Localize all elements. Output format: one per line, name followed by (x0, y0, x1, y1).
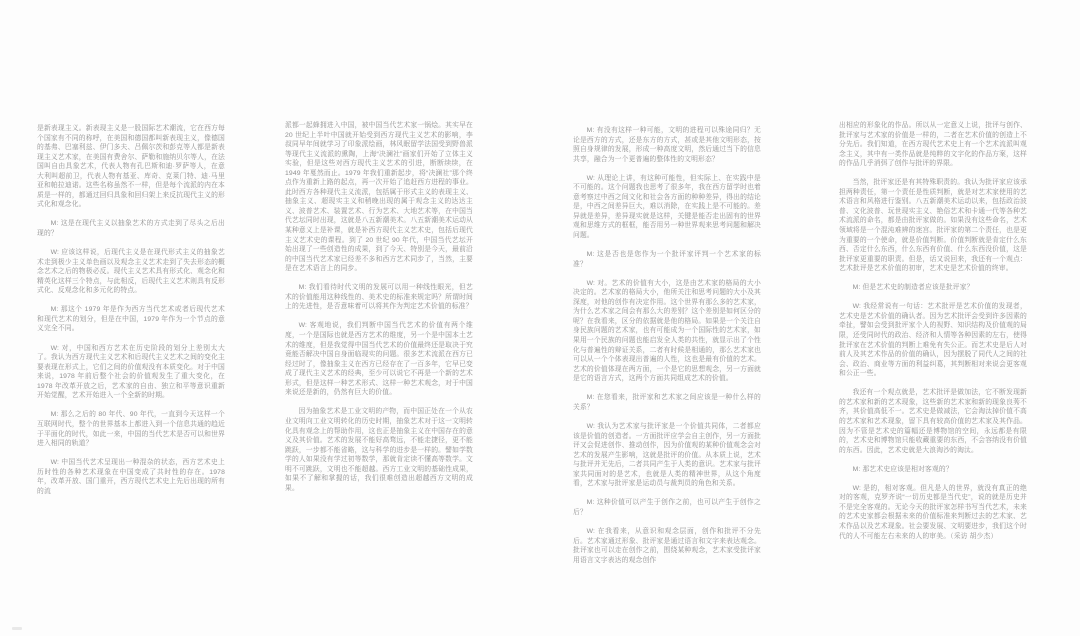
interviewee-answer: W: 在我看来，从意识和观念层面，创作和批评不分先后。艺术家通过形象、批评家是通… (573, 527, 761, 565)
interviewer-question: M: 在您看来，批评家和艺术家之间应该是一种什么样的关系？ (573, 393, 761, 412)
interviewee-answer: W: 从理论上讲，有这种可能性，但实际上、在实践中是不可能的。这个问题我也思考了… (573, 174, 761, 241)
text-column-3: M: 有没有这样一种可能，文明的进程可以殊途同归？无论是西方的方式，还是东方的方… (573, 126, 761, 565)
interviewer-question: M: 那么之后的 80 年代、90 年代，一直到今天这样一个互联网时代，整个的世… (37, 410, 225, 448)
interviewee-answer: W: 客观地说，我们判断中国当代艺术的价值有两个维度，一个是国际也就是西方艺术的… (285, 321, 473, 397)
interviewee-answer: W: 对，中国和西方艺术在历史阶段的划分上差别太大了。我认为西方现代主义艺术和后… (37, 344, 225, 401)
interviewer-question: M: 这种价值可以产生于创作之前，也可以产生于创作之后？ (573, 498, 761, 517)
interviewee-answer: 我还有一个观点就是，艺术批评是做加法，它不断发现新的艺术家和新的艺术现象，这些新… (839, 388, 1027, 455)
interviewer-question: M: 但是艺术史的制造者应该是批评家？ (839, 283, 1027, 293)
paragraph-continuation: 是新表现主义。新表现主义是一股国际艺术潮流，它在西方每个国家有不同的称呼，在美国… (37, 124, 225, 210)
paragraph-continuation: 派都一起蜂拥进入中国，被中国当代艺术家一锅烩。其实早在 20 世纪上半叶中国就开… (285, 121, 473, 274)
interviewer-question: M: 有没有这样一种可能，文明的进程可以殊途同归？无论是西方的方式，还是东方的方… (573, 126, 761, 164)
magazine-spread: 是新表现主义。新表现主义是一股国际艺术潮流，它在西方每个国家有不同的称呼，在美国… (0, 0, 1080, 636)
interviewee-answer: W: 应该这样说，后现代主义是在现代形式主义的抽象艺术走到极少主义单色画以及观念… (37, 248, 225, 296)
interviewer-question: M: 那艺术史应该是相对客观的？ (839, 465, 1027, 475)
interviewer-question: M: 这是在现代主义以抽象艺术的方式走到了尽头之后出现的？ (37, 219, 225, 238)
interviewee-answer: W: 中国当代艺术呈现出一种混杂的状态，西方艺术史上历时性的各种艺术现象在中国变… (37, 458, 225, 496)
interviewer-question: M: 我们看待时代文明的发展可以用一种线性眼光，但艺术的价值能用这种线性的、美术… (285, 283, 473, 312)
interviewee-answer: W: 对。艺术的价值有大小，这是由艺术家的格局的大小决定的。艺术家的格局大小，他… (573, 279, 761, 384)
text-column-2: 派都一起蜂拥进入中国，被中国当代艺术家一锅烩。其实早在 20 世纪上半叶中国就开… (285, 121, 473, 493)
page-corner-mark (12, 627, 22, 630)
interviewee-answer: 因为抽象艺术是工业文明的产物，而中国正处在一个从农业文明向工业文明转化的历史时期… (285, 407, 473, 493)
interviewer-question: M: 这是否也是您作为一个批评家评判一个艺术家的标准？ (573, 250, 761, 269)
text-column-4: 出相应的形象化的作品。所以从一定意义上说，批评与创作、批评家与艺术家的价值是一样… (839, 121, 1027, 541)
paragraph-continuation: 出相应的形象化的作品。所以从一定意义上说，批评与创作、批评家与艺术家的价值是一样… (839, 121, 1027, 169)
interviewee-answer: W: 我认为艺术家与批评家是一个价值共同体，二者都应该是价值的创造者。一方面批评… (573, 422, 761, 489)
text-column-1: 是新表现主义。新表现主义是一股国际艺术潮流，它在西方每个国家有不同的称呼，在美国… (37, 124, 225, 496)
interviewer-question: M: 那这个 1979 年是作为西方当代艺术或者后现代艺术和现代艺术的划分，但是… (37, 305, 225, 334)
interviewee-answer: W: 是的，相对客观。但凡是人的世界，就没有真正的绝对的客观，克罗齐说“一切历史… (839, 484, 1027, 541)
interviewee-answer: 当然，批评家还是有其特殊职责的。我认为批评家应该承担两种责任，第一个责任是性质判… (839, 178, 1027, 273)
interviewee-answer: W: 我经常说有一句话：艺术批评是艺术价值的发现者，艺术史是艺术价值的确认者。因… (839, 302, 1027, 378)
